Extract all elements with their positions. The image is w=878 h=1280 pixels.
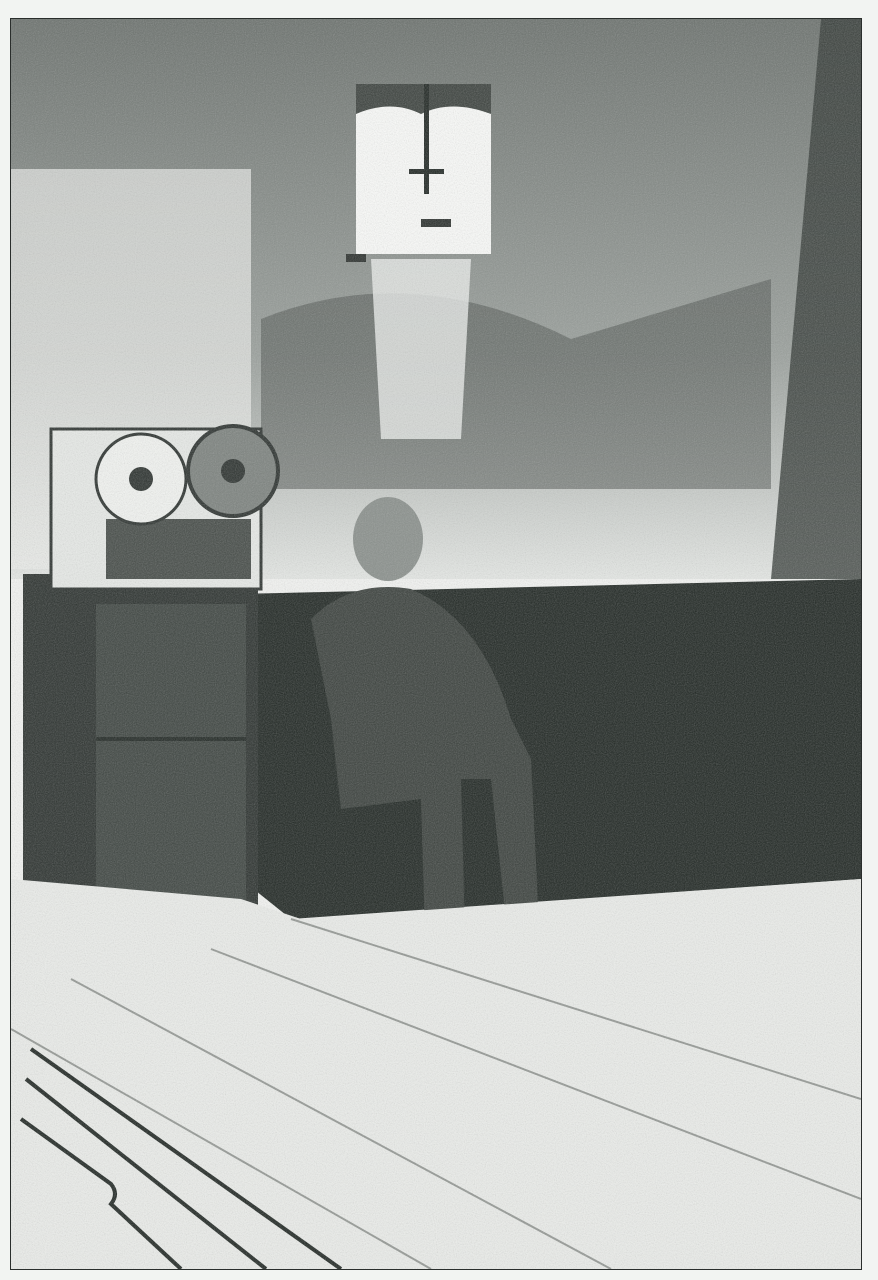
photocopy-paper — [0, 0, 878, 1280]
scene — [11, 19, 861, 1269]
photograph — [10, 18, 862, 1270]
